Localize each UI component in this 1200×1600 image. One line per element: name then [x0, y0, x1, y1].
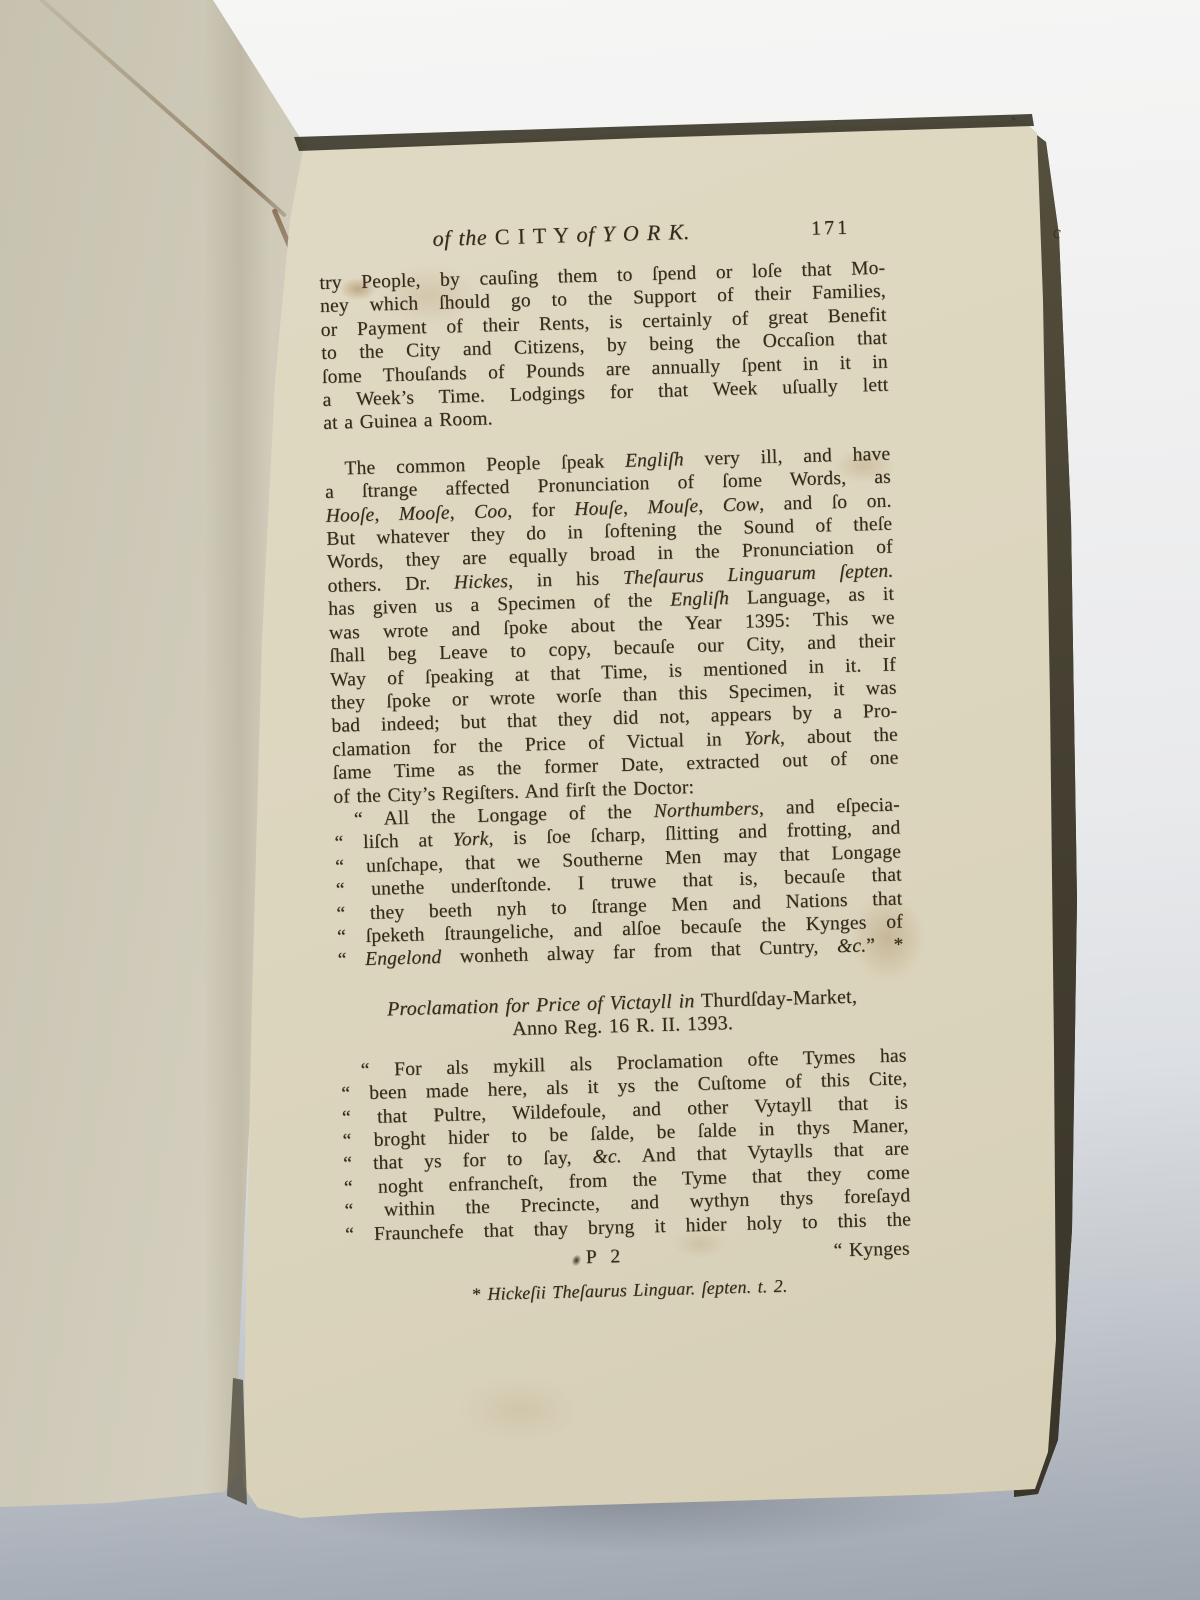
quotation-doctor-hickes: “ All the Longage of the Northumbers, an… [334, 793, 904, 972]
page-number: 171 [811, 217, 851, 241]
ink-smudge [570, 1253, 583, 1268]
quotation-proclamation: “ For als mykill als Proclamation ofte T… [340, 1044, 911, 1246]
paragraph-2: The common People ſpeak Engliſh very ill… [324, 442, 899, 808]
proclamation-heading: Proclamation for Price of Victayll in Th… [339, 984, 906, 1045]
gathering-signature: P 2 [586, 1245, 625, 1269]
printed-text-block: of the C I T Y of Y O R K. 171 try Peopl… [318, 215, 913, 1310]
catchword: “ Kynges [833, 1237, 910, 1262]
paragraph-1: try People, by cauſing them to ſpend or … [319, 257, 889, 436]
